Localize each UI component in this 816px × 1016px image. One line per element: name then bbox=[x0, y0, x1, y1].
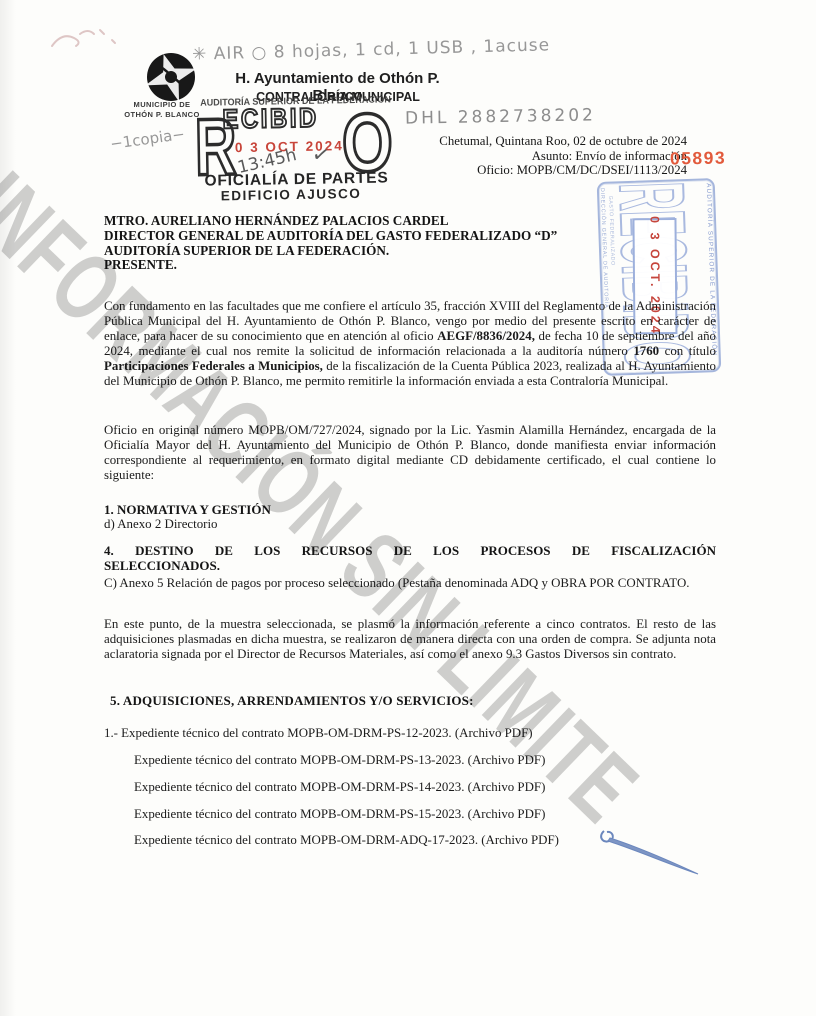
contract-list-item: Expediente técnico del contrato MOPB-OM-… bbox=[104, 780, 754, 795]
contract-list-item: Expediente técnico del contrato MOPB-OM-… bbox=[104, 807, 754, 822]
scan-edge-smudge bbox=[0, 0, 16, 1016]
recipient-name: MTRO. AURELIANO HERNÁNDEZ PALACIOS CARDE… bbox=[104, 214, 704, 229]
recipient-presente: PRESENTE. bbox=[104, 258, 704, 273]
paragraph-1: Con fundamento en las facultades que me … bbox=[104, 299, 716, 390]
folio-number-stamp: 05893 bbox=[670, 148, 727, 170]
paragraph-2: Oficio en original número MOPB/OM/727/20… bbox=[104, 423, 716, 483]
contract-list-item: 1.- Expediente técnico del contrato MOPB… bbox=[104, 726, 724, 741]
stamp-building-line: EDIFICIO AJUSCO bbox=[221, 186, 362, 203]
section-4-title: 4. DESTINO DE LOS RECURSOS DE LOS PROCES… bbox=[104, 543, 716, 573]
letterhead-right-block: Chetumal, Quintana Roo, 02 de octubre de… bbox=[395, 134, 687, 178]
recipient-block: MTRO. AURELIANO HERNÁNDEZ PALACIOS CARDE… bbox=[104, 214, 704, 273]
letterhead-subject: Asunto: Envío de información bbox=[395, 149, 687, 164]
letterhead-place-date: Chetumal, Quintana Roo, 02 de octubre de… bbox=[395, 134, 687, 149]
scanned-letter-page: INFORMACIÓN SIN LIMITE ✳ AIR ○ 8 hojas, … bbox=[0, 0, 816, 1016]
p1-audit-title: Participaciones Federales a Municipios, bbox=[104, 359, 323, 373]
section-5-title: 5. ADQUISICIONES, ARRENDAMIENTOS Y/O SER… bbox=[104, 693, 722, 708]
p1-audit-number: 1760 bbox=[633, 344, 659, 358]
black-reception-stamp: AUDITORÍA SUPERIOR DE LA FEDERACIÓN R EC… bbox=[192, 91, 406, 207]
handwritten-copy-note: −1copia− bbox=[109, 125, 186, 153]
contract-list-item: Expediente técnico del contrato MOPB-OM-… bbox=[104, 753, 754, 768]
recipient-institution: AUDITORÍA SUPERIOR DE LA FEDERACIÓN. bbox=[104, 244, 704, 259]
section-4-item: C) Anexo 5 Relación de pagos por proceso… bbox=[104, 576, 716, 591]
section-1-item: d) Anexo 2 Directorio bbox=[104, 517, 724, 532]
letterhead-oficio-number: Oficio: MOPB/CM/DC/DSEI/1113/2024 bbox=[395, 163, 687, 178]
handwritten-top-note: ✳ AIR ○ 8 hojas, 1 cd, 1 USB , 1acuse bbox=[192, 35, 551, 64]
section-1-title: 1. NORMATIVA Y GESTIÓN bbox=[104, 502, 716, 517]
check-mark-icon: ✓ bbox=[310, 141, 332, 169]
p1-oficio-ref: AEGF/8836/2024, bbox=[437, 329, 535, 343]
pen-scribble-icon bbox=[590, 823, 708, 875]
corner-scribble-icon bbox=[46, 20, 138, 68]
paragraph-3: En este punto, de la muestra seleccionad… bbox=[104, 617, 716, 662]
p1-text-3: con título bbox=[659, 344, 716, 358]
handwritten-dhl-tracking-note: DHL 2882738202 bbox=[405, 105, 596, 128]
stamp-letters-ecibid: ECIBID bbox=[222, 103, 319, 136]
recipient-title: DIRECTOR GENERAL DE AUDITORÍA DEL GASTO … bbox=[104, 229, 704, 244]
